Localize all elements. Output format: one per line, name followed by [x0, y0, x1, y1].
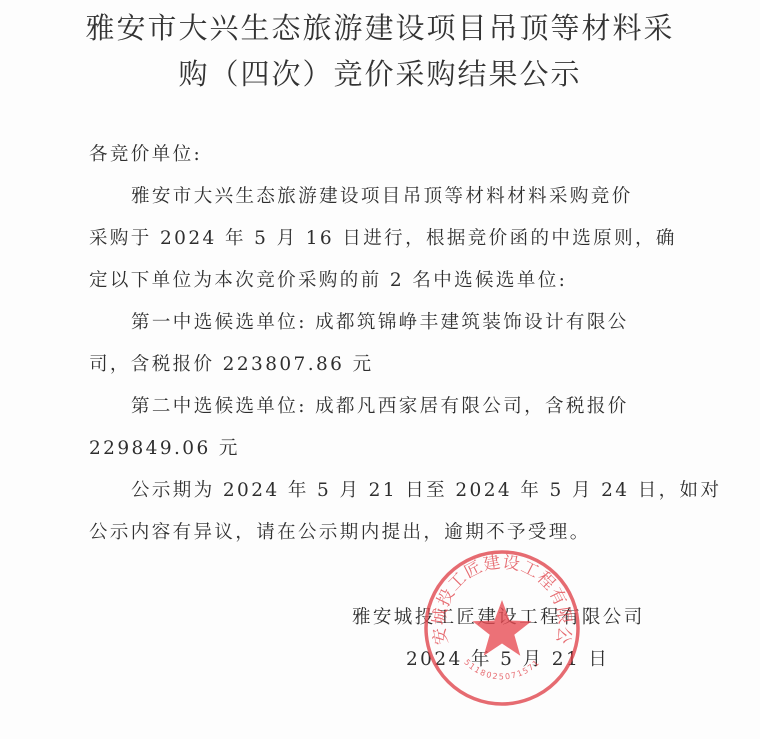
document-page: 雅安市大兴生态旅游建设项目吊顶等材料采 购（四次）竞价采购结果公示 各竞价单位:… [0, 0, 760, 739]
notice-period-line-1: 公示期为 2024 年 5 月 21 日至 2024 年 5 月 24 日，如对 [131, 476, 721, 502]
body-line-3: 定以下单位为本次竞价采购的前 2 名中选候选单位: [89, 266, 567, 292]
candidate-1-line-2: 司，含税报价 223807.86 元 [89, 350, 374, 376]
body-line-2: 采购于 2024 年 5 月 16 日进行，根据竞价函的中选原则，确 [89, 224, 677, 250]
document-title-line-1: 雅安市大兴生态旅游建设项目吊顶等材料采 [0, 6, 760, 47]
notice-period-line-2: 公示内容有异议，请在公示期内提出，逾期不予受理。 [89, 518, 591, 544]
document-title-line-2: 购（四次）竞价采购结果公示 [0, 52, 760, 93]
body-line-1: 雅安市大兴生态旅游建设项目吊顶等材料材料采购竞价 [131, 182, 633, 208]
candidate-2-line-2: 229849.06 元 [89, 434, 240, 460]
svg-text:5118025071571: 5118025071571 [462, 658, 541, 682]
candidate-1-line-1: 第一中选候选单位: 成都筑锦峥丰建筑装饰设计有限公 [131, 308, 629, 334]
candidate-2-line-1: 第二中选候选单位: 成都凡西家居有限公司，含税报价 [131, 392, 629, 418]
salutation: 各竞价单位: [89, 140, 202, 166]
official-seal-icon: 雅安城投工匠建设工程有限公司 5118025071571 [422, 548, 582, 708]
